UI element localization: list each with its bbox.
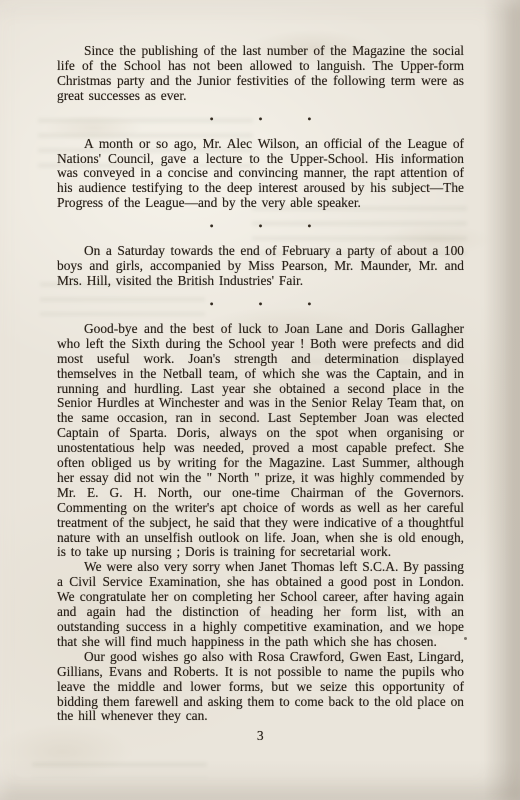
section-separator: • • • [57,298,464,313]
paragraph-industries-fair: On a Saturday towards the end of Februar… [57,244,464,289]
paragraph-good-wishes: Our good wishes go also with Rosa Crawfo… [57,650,464,725]
paragraph-lecture: A month or so ago, Mr. Alec Wilson, an o… [57,137,464,212]
section-separator: • • • [57,113,464,128]
ink-speck [464,637,467,640]
page-number: 3 [57,729,464,744]
magazine-page: Since the publishing of the last number … [0,0,520,800]
page-content: Since the publishing of the last number … [57,44,464,744]
bleed-through-ghost [32,762,207,778]
paragraph-social-life: Since the publishing of the last number … [57,44,464,104]
paragraph-farewell-joan-doris: Good-bye and the best of luck to Joan La… [57,322,464,561]
section-separator: • • • [57,220,464,235]
paragraph-janet-thomas: We were also very sorry when Janet Thoma… [57,560,464,649]
